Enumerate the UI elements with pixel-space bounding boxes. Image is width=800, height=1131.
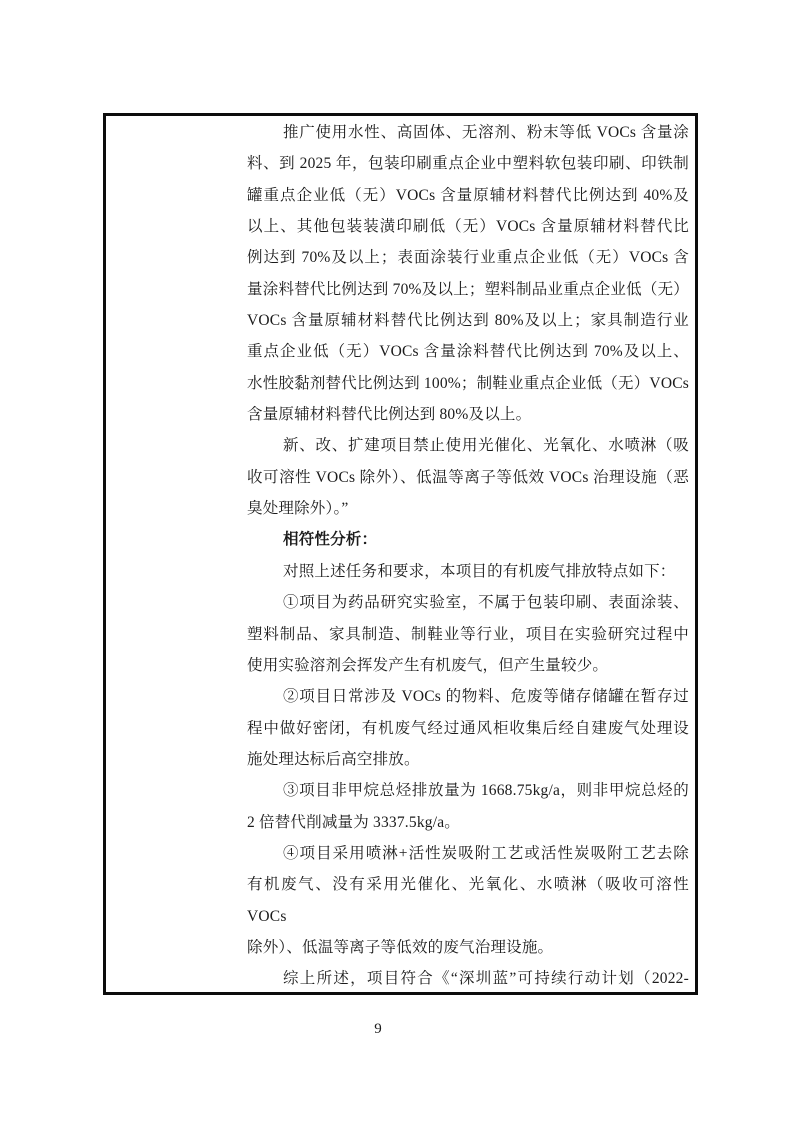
- paragraph: ②项目日常涉及 VOCs 的物料、危废等储存储罐在暂存过程中做好密闭，有机废气经…: [247, 681, 689, 775]
- text-line: 罐重点企业低（无）VOCs 含量原辅材料替代比例达到 40%及: [247, 180, 689, 211]
- paragraph: ④项目采用喷淋+活性炭吸附工艺或活性炭吸附工艺去除有机废气、没有采用光催化、光氧…: [247, 838, 689, 963]
- text-line: VOCs 含量原辅材料替代比例达到 80%及以上；家具制造行业: [247, 305, 689, 336]
- text-line: 除外）、低温等离子等低效的废气治理设施。: [247, 932, 689, 963]
- text-line: 程中做好密闭，有机废气经过通风柜收集后经自建废气处理设: [247, 713, 689, 744]
- text-line: ④项目采用喷淋+活性炭吸附工艺或活性炭吸附工艺去除: [247, 838, 689, 869]
- text-line: 水性胶黏剂替代比例达到 100%；制鞋业重点企业低（无）VOCs: [247, 368, 689, 399]
- text-line: 综上所述，项目符合《“深圳蓝”可持续行动计划（2022-2025: [247, 963, 689, 992]
- text-line: 收可溶性 VOCs 除外）、低温等离子等低效 VOCs 治理设施（恶: [247, 462, 689, 493]
- text-line: 推广使用水性、高固体、无溶剂、粉末等低 VOCs 含量涂: [247, 117, 689, 148]
- text-line: 对照上述任务和要求，本项目的有机废气排放特点如下：: [247, 556, 689, 587]
- paragraph: 推广使用水性、高固体、无溶剂、粉末等低 VOCs 含量涂料、到 2025 年，包…: [247, 117, 689, 430]
- text-line: 有机废气、没有采用光催化、光氧化、水喷淋（吸收可溶性 VOCs: [247, 869, 689, 932]
- page-number: 9: [103, 1021, 653, 1038]
- text-line: 2 倍替代削减量为 3337.5kg/a。: [247, 807, 689, 838]
- text-line: 臭处理除外）。”: [247, 493, 689, 524]
- text-line: 新、改、扩建项目禁止使用光催化、光氧化、水喷淋（吸: [247, 430, 689, 461]
- text-line: 以上、其他包装装潢印刷低（无）VOCs 含量原辅材料替代比: [247, 211, 689, 242]
- text-line: 使用实验溶剂会挥发产生有机废气，但产生量较少。: [247, 650, 689, 681]
- text-line: 施处理达标后高空排放。: [247, 744, 689, 775]
- text-line: 量涂料替代比例达到 70%及以上；塑料制品业重点企业低（无）: [247, 274, 689, 305]
- document-page: 推广使用水性、高固体、无溶剂、粉末等低 VOCs 含量涂料、到 2025 年，包…: [0, 0, 800, 1131]
- text-line: 重点企业低（无）VOCs 含量涂料替代比例达到 70%及以上、: [247, 336, 689, 367]
- text-line: 例达到 70%及以上；表面涂装行业重点企业低（无）VOCs 含: [247, 242, 689, 273]
- text-line: 塑料制品、家具制造、制鞋业等行业，项目在实验研究过程中: [247, 619, 689, 650]
- text-line: 料、到 2025 年，包装印刷重点企业中塑料软包装印刷、印铁制: [247, 148, 689, 179]
- text-line: ③项目非甲烷总烃排放量为 1668.75kg/a，则非甲烷总烃的: [247, 775, 689, 806]
- text-line: ①项目为药品研究实验室，不属于包装印刷、表面涂装、: [247, 587, 689, 618]
- paragraph: ③项目非甲烷总烃排放量为 1668.75kg/a，则非甲烷总烃的2 倍替代削减量…: [247, 775, 689, 838]
- paragraph: 对照上述任务和要求，本项目的有机废气排放特点如下：: [247, 556, 689, 587]
- content-table-cell: 推广使用水性、高固体、无溶剂、粉末等低 VOCs 含量涂料、到 2025 年，包…: [103, 113, 698, 995]
- document-text-block: 推广使用水性、高固体、无溶剂、粉末等低 VOCs 含量涂料、到 2025 年，包…: [247, 117, 689, 992]
- text-line: 含量原辅材料替代比例达到 80%及以上。: [247, 399, 689, 430]
- text-line: ②项目日常涉及 VOCs 的物料、危废等储存储罐在暂存过: [247, 681, 689, 712]
- paragraph: ①项目为药品研究实验室，不属于包装印刷、表面涂装、塑料制品、家具制造、制鞋业等行…: [247, 587, 689, 681]
- paragraph: 相符性分析：: [247, 524, 689, 555]
- paragraph: 新、改、扩建项目禁止使用光催化、光氧化、水喷淋（吸收可溶性 VOCs 除外）、低…: [247, 430, 689, 524]
- paragraph: 综上所述，项目符合《“深圳蓝”可持续行动计划（2022-2025年）》相关政策的…: [247, 963, 689, 992]
- text-line: 相符性分析：: [247, 524, 689, 555]
